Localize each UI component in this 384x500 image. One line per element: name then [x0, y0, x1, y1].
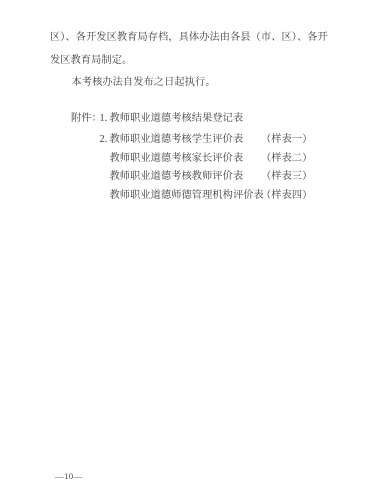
document-page: 区）、各开发区教育局存档，具体办法由各县（市、区）、各开 发区教育局制定。 本考…: [0, 0, 384, 500]
attachment-sample-note: （样表四）: [261, 190, 312, 202]
body-paragraph-line-3: 本考核办法自发布之日起执行。: [72, 77, 216, 89]
attachment-row: 教师职业道德考核教师评价表 （样表三）: [0, 171, 384, 183]
attachment-title: 教师职业道德考核学生评价表: [110, 134, 244, 146]
attachment-title: 教师职业道德考核结果登记表: [110, 113, 244, 125]
attachment-row: 教师职业道德师德管理机构评价表 （样表四）: [0, 190, 384, 202]
body-paragraph-line-1: 区）、各开发区教育局存档，具体办法由各县（市、区）、各开: [50, 32, 328, 44]
page-number: —10—: [55, 471, 83, 482]
attachment-sample-note: （样表二）: [261, 153, 312, 165]
attachment-title: 教师职业道德考核家长评价表: [110, 153, 244, 165]
attachment-title: 教师职业道德考核教师评价表: [110, 171, 244, 183]
attachment-sample-note: （样表三）: [261, 171, 312, 183]
attachment-number: 2.: [100, 134, 108, 146]
attachments-label: 附件：: [71, 113, 102, 125]
attachment-title: 教师职业道德师德管理机构评价表: [110, 190, 264, 202]
attachment-row: 教师职业道德考核家长评价表 （样表二）: [0, 153, 384, 165]
attachment-number: 1.: [100, 113, 108, 125]
body-paragraph-line-2: 发区教育局制定。: [50, 55, 132, 67]
attachment-row: 2. 教师职业道德考核学生评价表 （样表一）: [0, 134, 384, 146]
attachment-sample-note: （样表一）: [261, 134, 312, 146]
attachment-row: 附件： 1. 教师职业道德考核结果登记表: [0, 113, 384, 125]
